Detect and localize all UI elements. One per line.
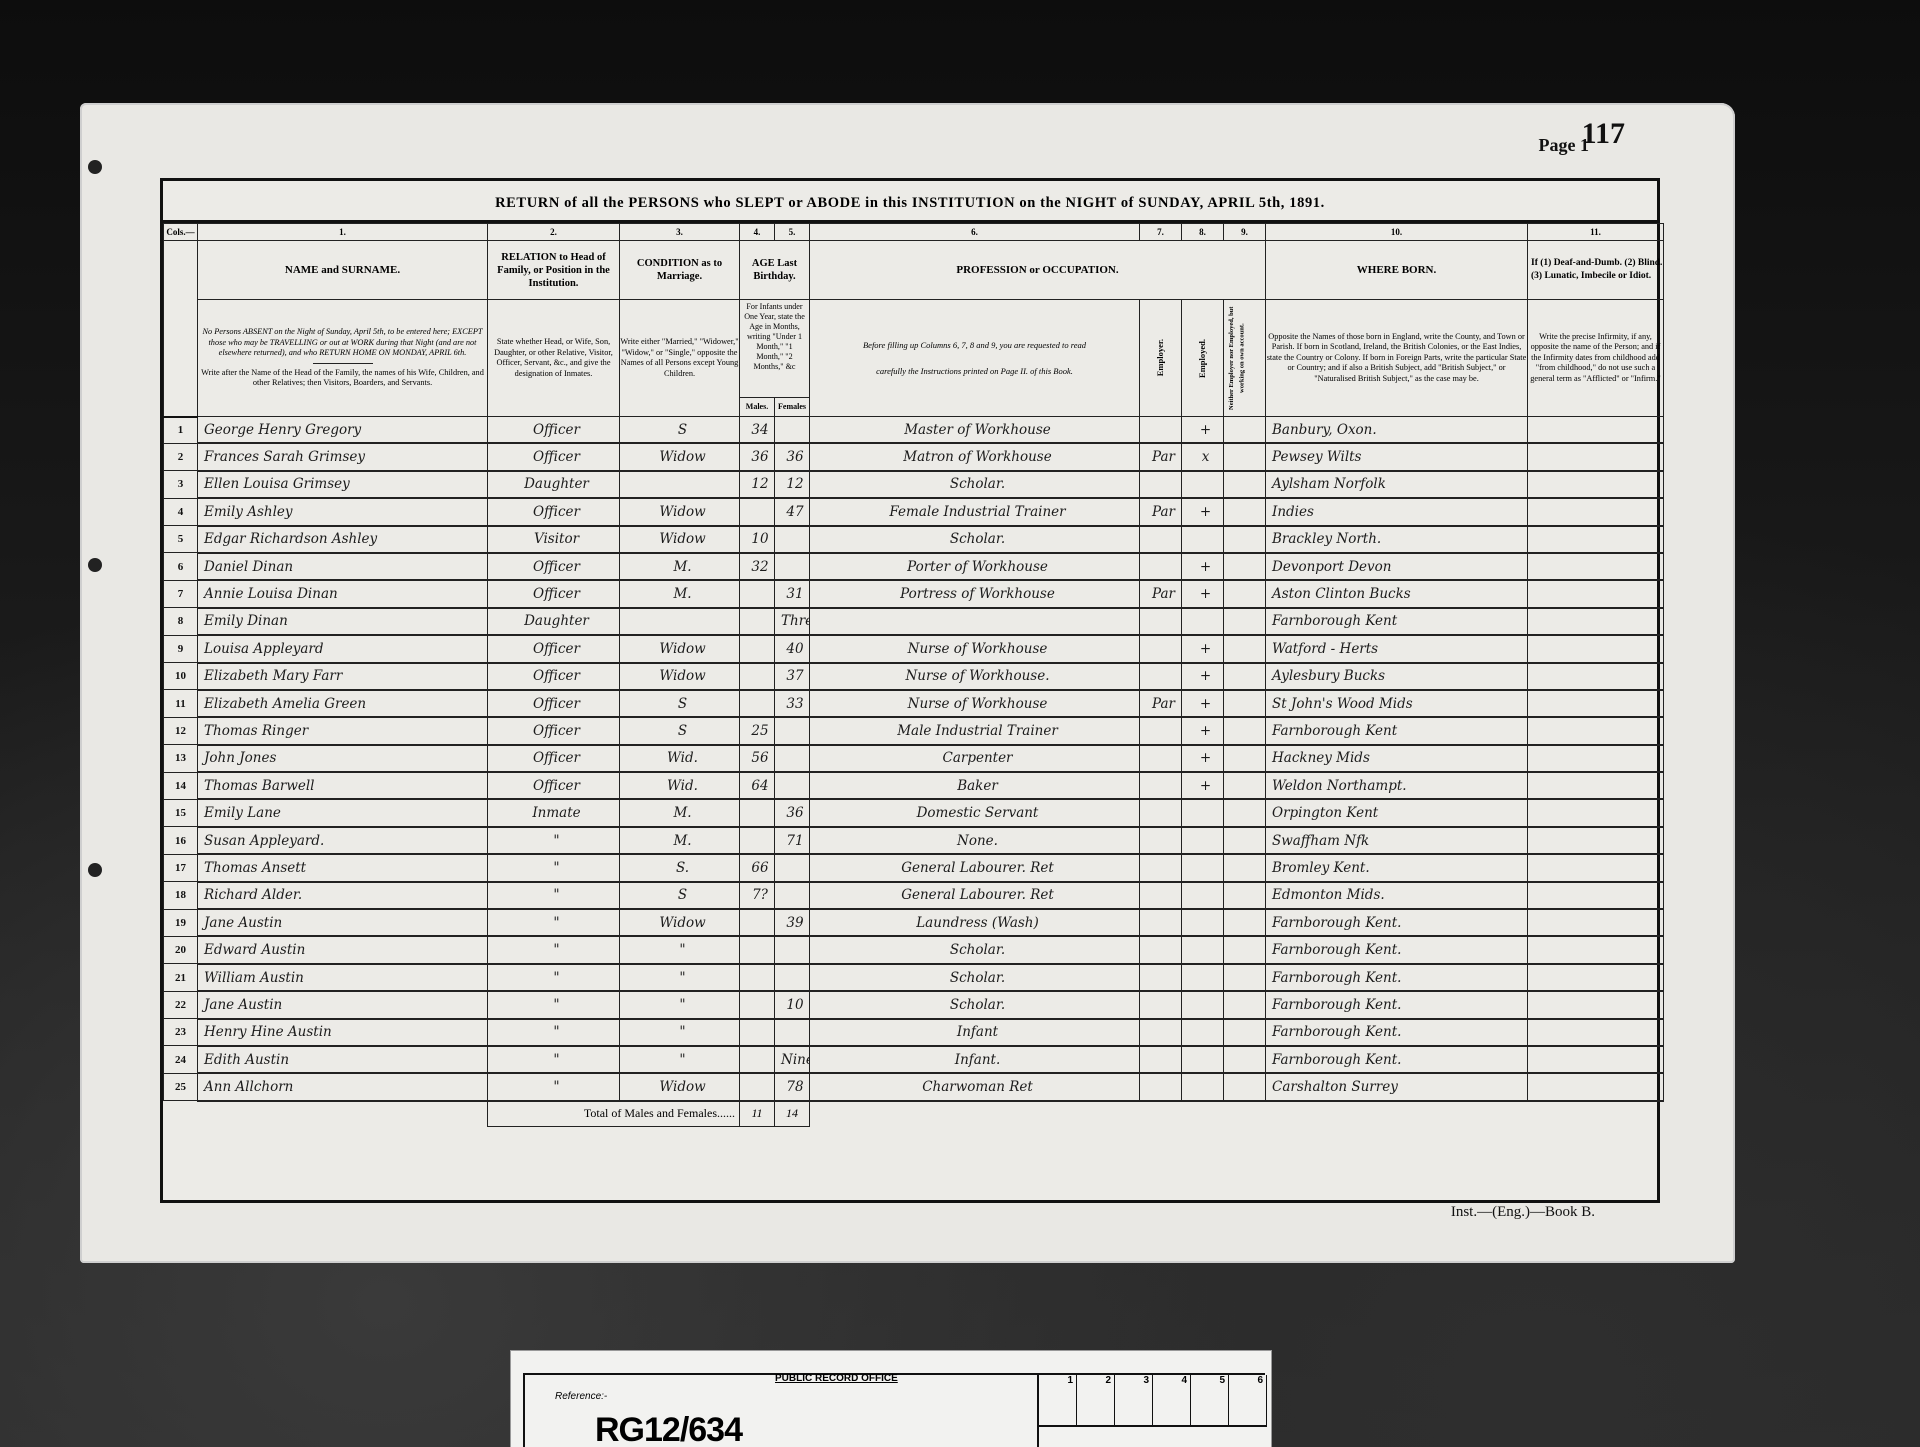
occupation-cell: Porter of Workhouse	[810, 553, 1140, 580]
age-male-cell	[740, 827, 775, 854]
birthplace-cell: Farnborough Kent.	[1266, 909, 1528, 936]
relation-cell: Daughter	[488, 471, 620, 498]
infirmity-cell	[1528, 580, 1664, 607]
row-number: 7	[164, 580, 198, 607]
infirmity-cell	[1528, 854, 1664, 881]
employed-cell	[1182, 909, 1224, 936]
age-female-cell: 37	[775, 663, 810, 690]
employer-cell	[1140, 471, 1182, 498]
age-male-cell	[740, 909, 775, 936]
table-row: 3Ellen Louisa GrimseyDaughter1212Scholar…	[164, 471, 1664, 498]
age-male-cell: 56	[740, 745, 775, 772]
relation-cell: "	[488, 827, 620, 854]
row-number: 2	[164, 443, 198, 470]
age-female-cell: 40	[775, 635, 810, 662]
table-row: 10Elizabeth Mary FarrOfficerWidow37Nurse…	[164, 663, 1664, 690]
occupation-cell: Infant	[810, 1019, 1140, 1046]
header-condition: CONDITION as to Marriage.	[620, 241, 740, 300]
age-male-cell	[740, 635, 775, 662]
table-row: 12Thomas RingerOfficerS25Male Industrial…	[164, 717, 1664, 744]
condition-cell: Widow	[620, 663, 740, 690]
column-header-row: NAME and SURNAME. RELATION to Head of Fa…	[164, 241, 1664, 300]
table-row: 17Thomas Ansett"S.66General Labourer. Re…	[164, 854, 1664, 881]
own-account-cell	[1224, 553, 1266, 580]
employed-cell	[1182, 608, 1224, 635]
employer-cell: Par	[1140, 498, 1182, 525]
infirmity-cell	[1528, 909, 1664, 936]
relation-cell: "	[488, 854, 620, 881]
table-row: 9Louisa AppleyardOfficerWidow40Nurse of …	[164, 635, 1664, 662]
birthplace-cell: Watford - Herts	[1266, 635, 1528, 662]
birthplace-cell: Orpington Kent	[1266, 799, 1528, 826]
own-account-cell	[1224, 827, 1266, 854]
own-account-cell	[1224, 964, 1266, 991]
employer-label: Employer.	[1155, 339, 1166, 376]
relation-cell: Officer	[488, 498, 620, 525]
age-female-cell	[775, 936, 810, 963]
age-male-cell	[740, 964, 775, 991]
table-row: 13John JonesOfficerWid.56Carpenter+Hackn…	[164, 745, 1664, 772]
employed-label: Employed.	[1197, 339, 1208, 378]
own-account-cell	[1224, 717, 1266, 744]
row-number: 14	[164, 772, 198, 799]
total-females: 14	[775, 1101, 810, 1127]
instructions-condition: Write either "Married," "Widower," "Wido…	[620, 300, 740, 417]
employer-cell	[1140, 526, 1182, 553]
infirmity-cell	[1528, 663, 1664, 690]
relation-cell: "	[488, 991, 620, 1018]
employed-cell	[1182, 854, 1224, 881]
own-account-cell	[1224, 443, 1266, 470]
occupation-cell: Infant.	[810, 1046, 1140, 1073]
instruction-text: For Infants under One Year, state the Ag…	[740, 300, 809, 397]
col-num: 6.	[810, 224, 1140, 241]
row-number: 6	[164, 553, 198, 580]
age-male-cell: 10	[740, 526, 775, 553]
employed-cell	[1182, 991, 1224, 1018]
own-account-cell	[1224, 1019, 1266, 1046]
occupation-cell: Portress of Workhouse	[810, 580, 1140, 607]
table-row: 8Emily DinanDaughterThreeFarnborough Ken…	[164, 608, 1664, 635]
occupation-cell: Scholar.	[810, 991, 1140, 1018]
infirmity-cell	[1528, 690, 1664, 717]
own-account-cell	[1224, 745, 1266, 772]
total-males: 11	[740, 1101, 775, 1127]
occupation-cell: Nurse of Workhouse	[810, 690, 1140, 717]
table-row: 11Elizabeth Amelia GreenOfficerS33Nurse …	[164, 690, 1664, 717]
own-account-cell	[1224, 417, 1266, 444]
birthplace-cell: Farnborough Kent.	[1266, 936, 1528, 963]
row-number: 9	[164, 635, 198, 662]
infirmity-cell	[1528, 553, 1664, 580]
employed-cell: +	[1182, 690, 1224, 717]
condition-cell: Widow	[620, 498, 740, 525]
employed-cell: +	[1182, 635, 1224, 662]
condition-cell: "	[620, 936, 740, 963]
condition-cell: "	[620, 991, 740, 1018]
birthplace-cell: Pewsey Wilts	[1266, 443, 1528, 470]
row-number: 4	[164, 498, 198, 525]
relation-cell: Officer	[488, 663, 620, 690]
infirmity-cell	[1528, 964, 1664, 991]
person-name: Ann Allchorn	[198, 1073, 488, 1100]
infirmity-cell	[1528, 991, 1664, 1018]
employer-cell	[1140, 799, 1182, 826]
age-male-cell: 66	[740, 854, 775, 881]
person-name: Annie Louisa Dinan	[198, 580, 488, 607]
person-name: Edgar Richardson Ashley	[198, 526, 488, 553]
employed-cell	[1182, 964, 1224, 991]
row-number: 19	[164, 909, 198, 936]
relation-cell: Officer	[488, 635, 620, 662]
condition-cell: Widow	[620, 909, 740, 936]
row-number: 20	[164, 936, 198, 963]
table-row: 6Daniel DinanOfficerM.32Porter of Workho…	[164, 553, 1664, 580]
employed-cell: x	[1182, 443, 1224, 470]
age-female-cell: 71	[775, 827, 810, 854]
employer-cell	[1140, 635, 1182, 662]
age-female-cell: Nine	[775, 1046, 810, 1073]
employer-cell	[1140, 1046, 1182, 1073]
punch-hole	[88, 863, 102, 877]
age-male-cell	[740, 1019, 775, 1046]
condition-cell: Widow	[620, 526, 740, 553]
age-female-cell: 12	[775, 471, 810, 498]
relation-cell: "	[488, 964, 620, 991]
age-female-cell: 33	[775, 690, 810, 717]
person-name: Emily Ashley	[198, 498, 488, 525]
person-name: Emily Lane	[198, 799, 488, 826]
age-female-cell	[775, 964, 810, 991]
employed-cell: +	[1182, 717, 1224, 744]
occupation-cell: None.	[810, 827, 1140, 854]
grid-number: 2	[1077, 1375, 1115, 1425]
age-female-cell	[775, 553, 810, 580]
employed-cell: +	[1182, 553, 1224, 580]
condition-cell: M.	[620, 799, 740, 826]
relation-cell: Inmate	[488, 799, 620, 826]
cols-label: Cols.—	[164, 224, 198, 241]
record-office-grid: 1 2 3 4 5 6	[1037, 1375, 1267, 1447]
occupation-cell: General Labourer. Ret	[810, 854, 1140, 881]
header-occupation: PROFESSION or OCCUPATION.	[810, 241, 1266, 300]
birthplace-cell: Aston Clinton Bucks	[1266, 580, 1528, 607]
occupation-cell: Laundress (Wash)	[810, 909, 1140, 936]
person-name: Jane Austin	[198, 991, 488, 1018]
col-num: 10.	[1266, 224, 1528, 241]
occupation-cell: Scholar.	[810, 526, 1140, 553]
age-male-cell	[740, 799, 775, 826]
age-male-cell	[740, 690, 775, 717]
birthplace-cell: Farnborough Kent.	[1266, 964, 1528, 991]
birthplace-cell: Swaffham Nfk	[1266, 827, 1528, 854]
condition-cell: "	[620, 1019, 740, 1046]
occupation-cell: Nurse of Workhouse.	[810, 663, 1140, 690]
employed-cell	[1182, 882, 1224, 909]
infirmity-cell	[1528, 936, 1664, 963]
relation-cell: Officer	[488, 580, 620, 607]
record-office-heading: PUBLIC RECORD OFFICE	[775, 1373, 898, 1384]
table-row: 25Ann Allchorn"Widow78Charwoman RetCarsh…	[164, 1073, 1664, 1100]
condition-cell: S	[620, 417, 740, 444]
employer-cell	[1140, 417, 1182, 444]
header-employer: Employer.	[1140, 300, 1182, 417]
infirmity-cell	[1528, 827, 1664, 854]
condition-cell: S.	[620, 854, 740, 881]
infirmity-cell	[1528, 882, 1664, 909]
condition-cell: S	[620, 882, 740, 909]
age-female-cell	[775, 717, 810, 744]
relation-cell: Officer	[488, 745, 620, 772]
age-female-cell	[775, 772, 810, 799]
grid-number: 4	[1153, 1375, 1191, 1425]
employer-cell	[1140, 717, 1182, 744]
employed-cell	[1182, 799, 1224, 826]
condition-cell: "	[620, 1046, 740, 1073]
age-male-cell	[740, 991, 775, 1018]
employer-cell	[1140, 964, 1182, 991]
condition-cell: S	[620, 690, 740, 717]
birthplace-cell: Indies	[1266, 498, 1528, 525]
condition-cell	[620, 471, 740, 498]
age-male-cell	[740, 498, 775, 525]
age-male-cell	[740, 1046, 775, 1073]
table-row: 4Emily AshleyOfficerWidow47Female Indust…	[164, 498, 1664, 525]
own-account-cell	[1224, 854, 1266, 881]
relation-cell: Officer	[488, 443, 620, 470]
condition-cell: Widow	[620, 635, 740, 662]
relation-cell: "	[488, 936, 620, 963]
census-page: Page 1 117 RETURN of all the PERSONS who…	[80, 103, 1735, 1263]
table-row: 18Richard Alder."S7?General Labourer. Re…	[164, 882, 1664, 909]
person-name: William Austin	[198, 964, 488, 991]
relation-cell: Officer	[488, 772, 620, 799]
census-form: RETURN of all the PERSONS who SLEPT or A…	[160, 178, 1660, 1203]
birthplace-cell: Devonport Devon	[1266, 553, 1528, 580]
neither-label: Neither Employer nor Employed, but worki…	[1227, 300, 1263, 416]
relation-cell: "	[488, 1019, 620, 1046]
person-name: Elizabeth Mary Farr	[198, 663, 488, 690]
col-num: 9.	[1224, 224, 1266, 241]
row-number: 15	[164, 799, 198, 826]
infirmity-cell	[1528, 471, 1664, 498]
col-num: 4.	[740, 224, 775, 241]
birthplace-cell: Farnborough Kent.	[1266, 1046, 1528, 1073]
person-name: Daniel Dinan	[198, 553, 488, 580]
birthplace-cell: Hackney Mids	[1266, 745, 1528, 772]
own-account-cell	[1224, 772, 1266, 799]
occupation-cell: Male Industrial Trainer	[810, 717, 1140, 744]
employer-cell	[1140, 854, 1182, 881]
condition-cell: M.	[620, 827, 740, 854]
col-num: 5.	[775, 224, 810, 241]
birthplace-cell: Farnborough Kent	[1266, 608, 1528, 635]
instruction-text: No Persons ABSENT on the Night of Sunday…	[198, 327, 487, 359]
person-name: Susan Appleyard.	[198, 827, 488, 854]
own-account-cell	[1224, 799, 1266, 826]
instructions-name: No Persons ABSENT on the Night of Sunday…	[198, 300, 488, 417]
age-male-cell	[740, 608, 775, 635]
table-row: 15Emily LaneInmateM.36Domestic ServantOr…	[164, 799, 1664, 826]
employer-cell	[1140, 936, 1182, 963]
totals-row: Total of Males and Females...... 11 14	[164, 1101, 1664, 1127]
own-account-cell	[1224, 1073, 1266, 1100]
occupation-cell: General Labourer. Ret	[810, 882, 1140, 909]
birthplace-cell: St John's Wood Mids	[1266, 690, 1528, 717]
age-female-cell: 36	[775, 443, 810, 470]
row-number: 25	[164, 1073, 198, 1100]
employed-cell	[1182, 827, 1224, 854]
punch-hole	[88, 160, 102, 174]
age-male-cell: 12	[740, 471, 775, 498]
own-account-cell	[1224, 498, 1266, 525]
grid-number: 5	[1191, 1375, 1229, 1425]
column-number-row: Cols.— 1. 2. 3. 4. 5. 6. 7. 8. 9. 10. 11…	[164, 224, 1664, 241]
occupation-cell: Female Industrial Trainer	[810, 498, 1140, 525]
age-females-label: Females	[774, 398, 809, 416]
person-name: Jane Austin	[198, 909, 488, 936]
infirmity-cell	[1528, 1073, 1664, 1100]
col-num: 11.	[1528, 224, 1664, 241]
employed-cell: +	[1182, 417, 1224, 444]
row-number: 21	[164, 964, 198, 991]
person-name: Thomas Ansett	[198, 854, 488, 881]
person-name: Henry Hine Austin	[198, 1019, 488, 1046]
employer-cell	[1140, 882, 1182, 909]
condition-cell: M.	[620, 553, 740, 580]
record-office-card: PUBLIC RECORD OFFICE Reference:- RG12/63…	[510, 1350, 1272, 1447]
person-name: Edward Austin	[198, 936, 488, 963]
header-relation: RELATION to Head of Family, or Position …	[488, 241, 620, 300]
age-female-cell: Three	[775, 608, 810, 635]
infirmity-cell	[1528, 498, 1664, 525]
condition-cell: Widow	[620, 443, 740, 470]
relation-cell: "	[488, 909, 620, 936]
own-account-cell	[1224, 909, 1266, 936]
table-row: 23Henry Hine Austin""InfantFarnborough K…	[164, 1019, 1664, 1046]
infirmity-cell	[1528, 608, 1664, 635]
birthplace-cell: Carshalton Surrey	[1266, 1073, 1528, 1100]
age-male-cell: 7?	[740, 882, 775, 909]
birthplace-cell: Weldon Northampt.	[1266, 772, 1528, 799]
age-female-cell: 47	[775, 498, 810, 525]
infirmity-cell	[1528, 635, 1664, 662]
header-infirmity: If (1) Deaf-and-Dumb. (2) Blind. (3) Lun…	[1528, 241, 1664, 300]
employed-cell	[1182, 1073, 1224, 1100]
employer-cell	[1140, 663, 1182, 690]
form-title: RETURN of all the PERSONS who SLEPT or A…	[163, 181, 1657, 223]
header-name: NAME and SURNAME.	[198, 241, 488, 300]
reference-code: RG12/634	[595, 1411, 742, 1447]
birthplace-cell: Brackley North.	[1266, 526, 1528, 553]
person-name: Thomas Barwell	[198, 772, 488, 799]
row-number: 17	[164, 854, 198, 881]
age-female-cell: 78	[775, 1073, 810, 1100]
employer-cell: Par	[1140, 580, 1182, 607]
relation-cell: "	[488, 882, 620, 909]
age-female-cell: 10	[775, 991, 810, 1018]
condition-cell: S	[620, 717, 740, 744]
occupation-cell: Nurse of Workhouse	[810, 635, 1140, 662]
age-female-cell	[775, 882, 810, 909]
reference-label: Reference:-	[555, 1391, 607, 1402]
employer-cell	[1140, 1019, 1182, 1046]
employed-cell: +	[1182, 663, 1224, 690]
age-female-cell	[775, 417, 810, 444]
birthplace-cell: Bromley Kent.	[1266, 854, 1528, 881]
occupation-cell: Master of Workhouse	[810, 417, 1140, 444]
own-account-cell	[1224, 936, 1266, 963]
col-num: 8.	[1182, 224, 1224, 241]
relation-cell: Visitor	[488, 526, 620, 553]
header-where-born: WHERE BORN.	[1266, 241, 1528, 300]
row-number: 12	[164, 717, 198, 744]
employed-cell: +	[1182, 745, 1224, 772]
person-name: Thomas Ringer	[198, 717, 488, 744]
infirmity-cell	[1528, 417, 1664, 444]
occupation-cell	[810, 608, 1140, 635]
employer-cell	[1140, 608, 1182, 635]
table-row: 21William Austin""Scholar.Farnborough Ke…	[164, 964, 1664, 991]
employer-cell	[1140, 772, 1182, 799]
employed-cell: +	[1182, 498, 1224, 525]
folio-number: 117	[1582, 117, 1625, 151]
instructions-infirmity: Write the precise Infirmity, if any, opp…	[1528, 300, 1664, 417]
occupation-cell: Scholar.	[810, 936, 1140, 963]
employed-cell	[1182, 471, 1224, 498]
own-account-cell	[1224, 1046, 1266, 1073]
infirmity-cell	[1528, 717, 1664, 744]
relation-cell: "	[488, 1073, 620, 1100]
table-row: 1George Henry GregoryOfficerS34Master of…	[164, 417, 1664, 444]
person-name: George Henry Gregory	[198, 417, 488, 444]
age-female-cell	[775, 745, 810, 772]
birthplace-cell: Aylesbury Bucks	[1266, 663, 1528, 690]
infirmity-cell	[1528, 745, 1664, 772]
relation-cell: Officer	[488, 417, 620, 444]
age-female-cell: 31	[775, 580, 810, 607]
employed-cell	[1182, 1046, 1224, 1073]
book-footnote: Inst.—(Eng.)—Book B.	[1451, 1204, 1595, 1221]
punch-hole	[88, 558, 102, 572]
age-male-cell	[740, 1073, 775, 1100]
occupation-cell: Matron of Workhouse	[810, 443, 1140, 470]
occupation-cell: Baker	[810, 772, 1140, 799]
row-number: 16	[164, 827, 198, 854]
header-age: AGE Last Birthday.	[740, 241, 810, 300]
infirmity-cell	[1528, 526, 1664, 553]
table-row: 16Susan Appleyard."M.71None.Swaffham Nfk	[164, 827, 1664, 854]
person-name: Richard Alder.	[198, 882, 488, 909]
age-males-label: Males.	[740, 398, 774, 416]
condition-cell: Wid.	[620, 745, 740, 772]
condition-cell: Widow	[620, 1073, 740, 1100]
instruction-text: Write after the Name of the Head of the …	[198, 368, 487, 389]
infirmity-cell	[1528, 1046, 1664, 1073]
condition-cell: M.	[620, 580, 740, 607]
employer-cell: Par	[1140, 690, 1182, 717]
row-number: 10	[164, 663, 198, 690]
grid-number: 6	[1229, 1375, 1267, 1425]
relation-cell: Officer	[488, 690, 620, 717]
occupation-cell: Charwoman Ret	[810, 1073, 1140, 1100]
row-number: 11	[164, 690, 198, 717]
age-female-cell	[775, 854, 810, 881]
table-row: 5Edgar Richardson AshleyVisitorWidow10Sc…	[164, 526, 1664, 553]
person-name: Frances Sarah Grimsey	[198, 443, 488, 470]
relation-cell: Officer	[488, 717, 620, 744]
person-name: John Jones	[198, 745, 488, 772]
